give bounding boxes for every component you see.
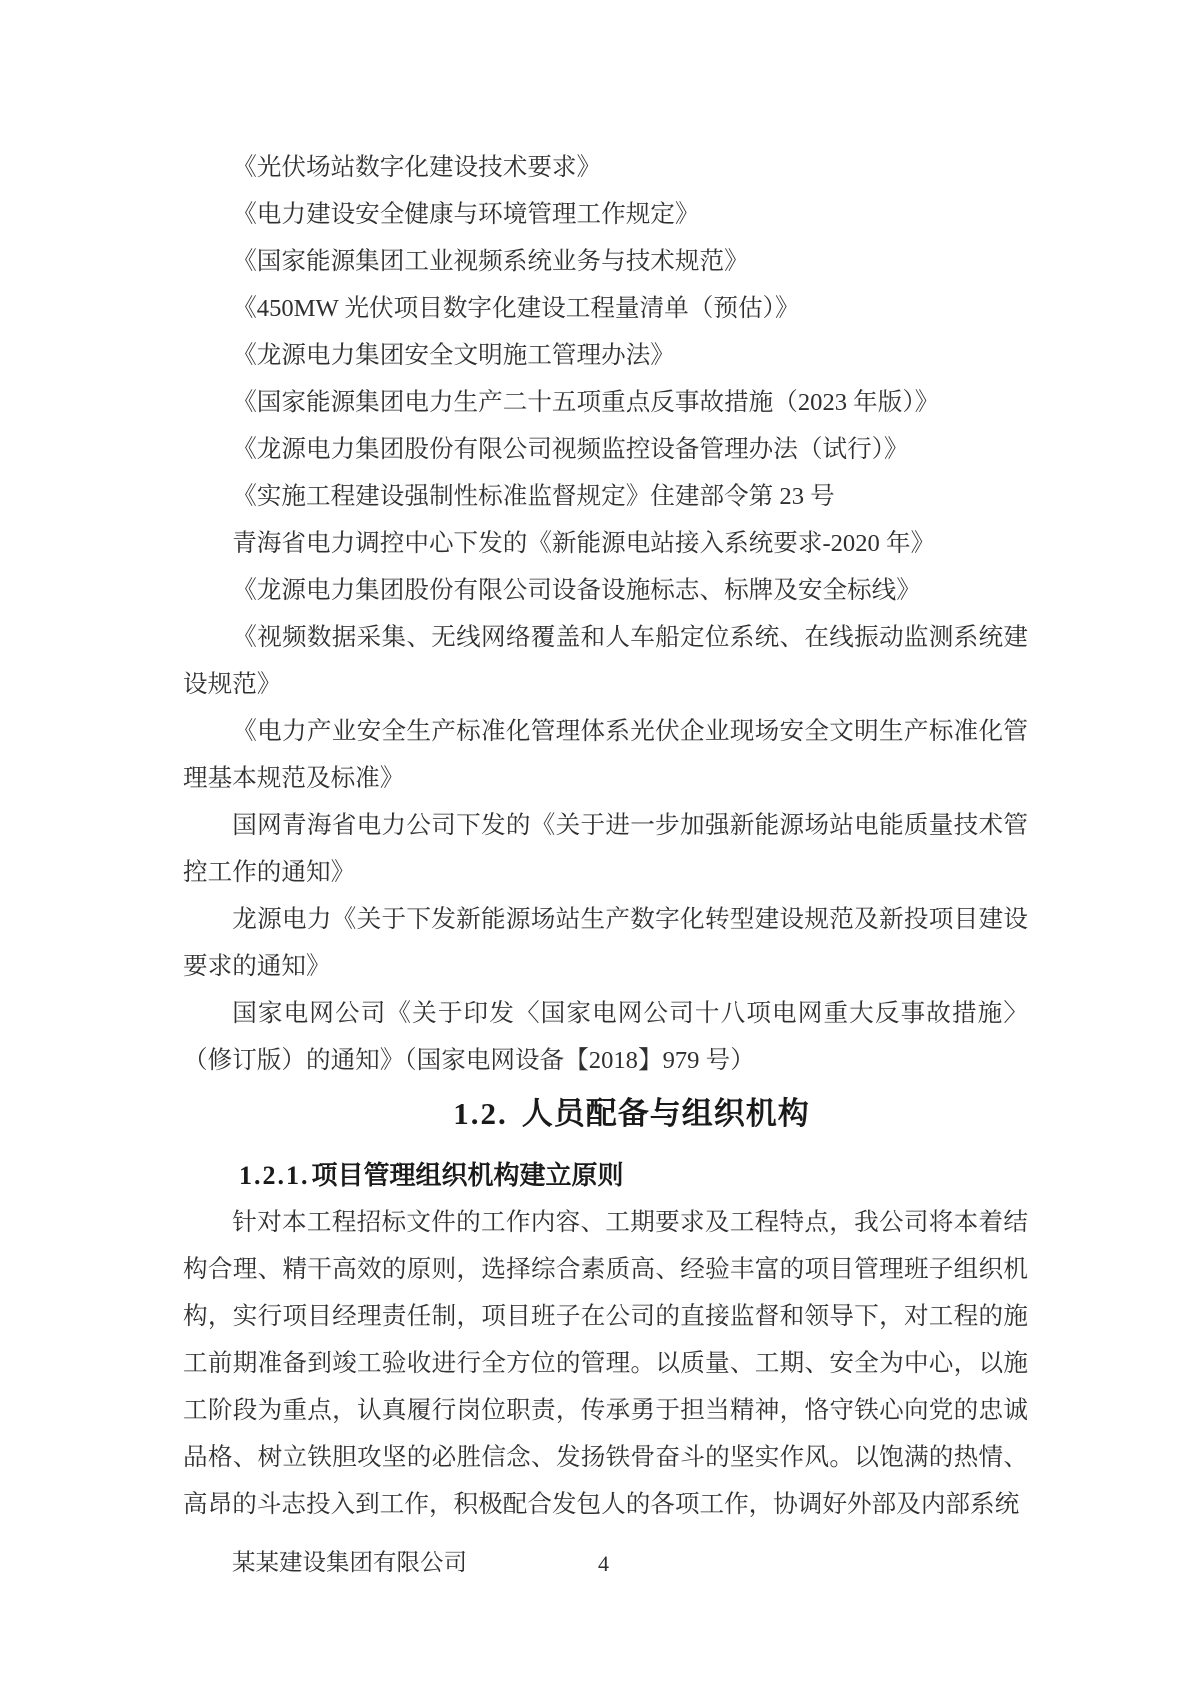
subsection-heading-number: 1.2.1. bbox=[239, 1161, 310, 1190]
reference-item: 青海省电力调控中心下发的《新能源电站接入系统要求-2020 年》 bbox=[183, 520, 1028, 567]
section-heading: 1.2.人员配备与组织机构 bbox=[183, 1084, 1028, 1144]
document-page: 《光伏场站数字化建设技术要求》 《电力建设安全健康与环境管理工作规定》 《国家能… bbox=[0, 0, 1200, 1693]
reference-item: 龙源电力《关于下发新能源场站生产数字化转型建设规范及新投项目建设要求的通知》 bbox=[183, 896, 1028, 990]
reference-item: 《实施工程建设强制性标准监督规定》住建部令第 23 号 bbox=[183, 473, 1028, 520]
subsection-heading-title: 项目管理组织机构建立原则 bbox=[312, 1160, 624, 1190]
reference-item: 《国家能源集团工业视频系统业务与技术规范》 bbox=[183, 238, 1028, 285]
reference-item: 《龙源电力集团安全文明施工管理办法》 bbox=[183, 332, 1028, 379]
reference-item: 《龙源电力集团股份有限公司视频监控设备管理办法（试行）》 bbox=[183, 426, 1028, 473]
reference-item: 国网青海省电力公司下发的《关于进一步加强新能源场站电能质量技术管控工作的通知》 bbox=[183, 802, 1028, 896]
section-heading-title: 人员配备与组织机构 bbox=[522, 1096, 810, 1131]
subsection-heading: 1.2.1.项目管理组织机构建立原则 bbox=[183, 1152, 1028, 1199]
reference-item: 《龙源电力集团股份有限公司设备设施标志、标牌及安全标线》 bbox=[183, 567, 1028, 614]
reference-item: 《电力建设安全健康与环境管理工作规定》 bbox=[183, 191, 1028, 238]
page-content: 《光伏场站数字化建设技术要求》 《电力建设安全健康与环境管理工作规定》 《国家能… bbox=[183, 144, 1028, 1528]
section-heading-number: 1.2. bbox=[453, 1096, 508, 1131]
page-footer: 某某建设集团有限公司 4 bbox=[183, 1548, 1028, 1582]
reference-item: 《视频数据采集、无线网络覆盖和人车船定位系统、在线振动监测系统建设规范》 bbox=[183, 614, 1028, 708]
reference-item: 《450MW 光伏项目数字化建设工程量清单（预估）》 bbox=[183, 285, 1028, 332]
reference-item: 《光伏场站数字化建设技术要求》 bbox=[183, 144, 1028, 191]
footer-page-number: 4 bbox=[598, 1549, 609, 1579]
body-paragraph: 针对本工程招标文件的工作内容、工期要求及工程特点，我公司将本着结构合理、精干高效… bbox=[183, 1199, 1028, 1528]
footer-company-name: 某某建设集团有限公司 bbox=[232, 1548, 467, 1578]
reference-item: 《国家能源集团电力生产二十五项重点反事故措施（2023 年版）》 bbox=[183, 379, 1028, 426]
reference-item: 《电力产业安全生产标准化管理体系光伏企业现场安全文明生产标准化管理基本规范及标准… bbox=[183, 708, 1028, 802]
reference-item: 国家电网公司《关于印发〈国家电网公司十八项电网重大反事故措施〉（修订版）的通知》… bbox=[183, 990, 1028, 1084]
